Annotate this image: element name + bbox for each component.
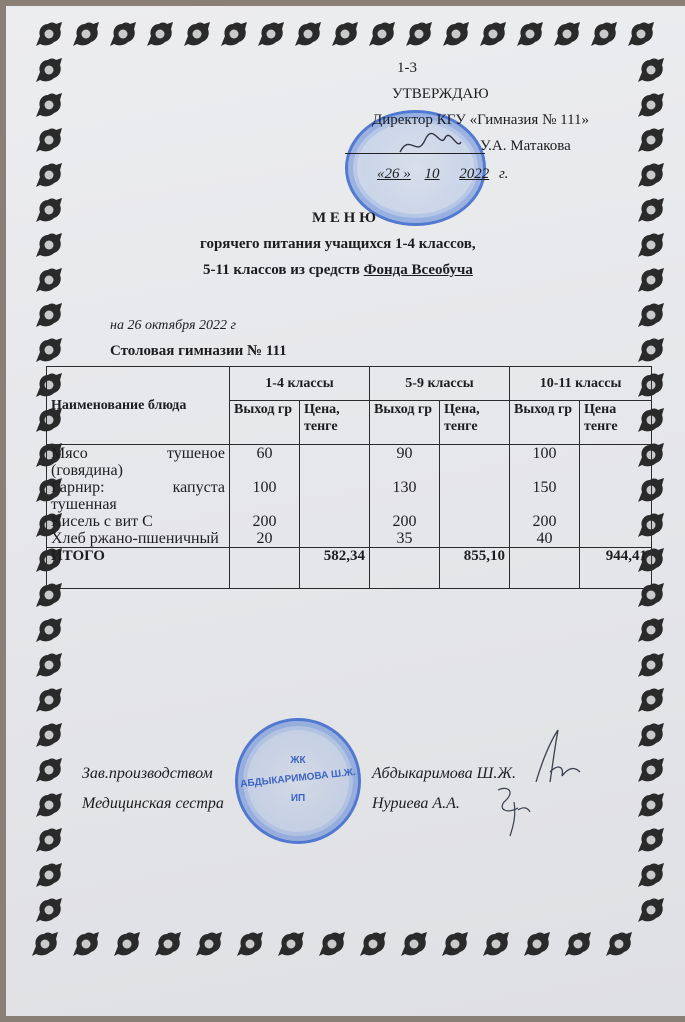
flower-ornament-icon bbox=[552, 20, 582, 48]
subtitle-prefix: 5-11 классов из средств bbox=[203, 262, 364, 278]
stamp-top-text: ЖК bbox=[238, 755, 358, 766]
flower-ornament-icon bbox=[636, 91, 666, 119]
dish-price bbox=[440, 530, 510, 548]
flower-ornament-icon bbox=[589, 20, 619, 48]
flower-ornament-icon bbox=[636, 896, 666, 924]
flower-ornament-icon bbox=[34, 861, 64, 889]
approval-heading: УТВЕРЖДАЮ bbox=[392, 86, 489, 103]
dish-price bbox=[440, 479, 510, 513]
flower-ornament-icon bbox=[636, 196, 666, 224]
flower-ornament-icon bbox=[636, 686, 666, 714]
date-year: 2022 bbox=[453, 166, 495, 182]
dish-yield: 150 bbox=[510, 479, 580, 513]
flower-ornament-icon bbox=[34, 56, 64, 84]
flower-ornament-icon bbox=[293, 20, 323, 48]
dish-yield: 100 bbox=[510, 445, 580, 480]
menu-subtitle-line1: горячего питания учащихся 1-4 классов, bbox=[200, 236, 476, 253]
dish-price bbox=[300, 530, 370, 548]
flower-ornament-icon bbox=[145, 20, 175, 48]
dish-yield: 90 bbox=[370, 445, 440, 480]
dish-row: Хлеб ржано-пшеничный203540 bbox=[47, 530, 652, 548]
flower-ornament-icon bbox=[481, 930, 511, 958]
price-header: Цена, тенге bbox=[300, 401, 370, 445]
dish-price bbox=[300, 513, 370, 530]
dish-price bbox=[440, 513, 510, 530]
price-header: Цена, тенге bbox=[440, 401, 510, 445]
total-10-11: 944,41 bbox=[580, 548, 652, 589]
flower-ornament-icon bbox=[34, 336, 64, 364]
dish-name: Кисель с вит С bbox=[47, 513, 230, 530]
flower-ornament-icon bbox=[522, 930, 552, 958]
signature-role-2: Медицинская сестра bbox=[82, 795, 224, 813]
dish-yield: 35 bbox=[370, 530, 440, 548]
flower-ornament-icon bbox=[30, 930, 60, 958]
dish-price bbox=[580, 479, 652, 513]
flower-ornament-icon bbox=[34, 616, 64, 644]
flower-ornament-icon bbox=[276, 930, 306, 958]
flower-ornament-icon bbox=[34, 791, 64, 819]
total-label: ИТОГО bbox=[47, 548, 230, 589]
page-number: 1-3 bbox=[397, 60, 417, 77]
flower-ornament-icon bbox=[636, 651, 666, 679]
menu-title: М Е Н Ю bbox=[312, 210, 376, 227]
flower-ornament-icon bbox=[34, 126, 64, 154]
flower-ornament-icon bbox=[626, 20, 656, 48]
stamp-bottom-text: ИП bbox=[238, 793, 358, 804]
flower-ornament-icon bbox=[636, 616, 666, 644]
flower-ornament-icon bbox=[34, 686, 64, 714]
flower-ornament-icon bbox=[478, 20, 508, 48]
dish-row: Гарнир: капуста тушенная100130150 bbox=[47, 479, 652, 513]
dish-price bbox=[440, 445, 510, 480]
group-header-5-9: 5-9 классы bbox=[370, 367, 510, 401]
director-name: У.А. Матакова bbox=[480, 138, 571, 155]
flower-ornament-icon bbox=[34, 266, 64, 294]
flower-ornament-icon bbox=[636, 231, 666, 259]
flower-ornament-icon bbox=[636, 826, 666, 854]
total-empty bbox=[370, 548, 440, 589]
menu-subtitle-line2: 5-11 классов из средств Фонда Всеобуча bbox=[203, 262, 473, 279]
dish-price bbox=[580, 513, 652, 530]
flower-ornament-icon bbox=[112, 930, 142, 958]
flower-ornament-icon bbox=[636, 791, 666, 819]
signature-role-1: Зав.производством bbox=[82, 765, 213, 783]
dish-header: Наименование блюда bbox=[47, 367, 230, 445]
dish-yield: 100 bbox=[230, 479, 300, 513]
group-header-1-4: 1-4 классы bbox=[230, 367, 370, 401]
total-5-9: 855,10 bbox=[440, 548, 510, 589]
flower-ornament-icon bbox=[367, 20, 397, 48]
menu-table: Наименование блюда 1-4 классы 5-9 классы… bbox=[46, 366, 652, 589]
flower-ornament-icon bbox=[34, 651, 64, 679]
dish-yield: 200 bbox=[510, 513, 580, 530]
flower-ornament-icon bbox=[636, 336, 666, 364]
dish-name: Хлеб ржано-пшеничный bbox=[47, 530, 230, 548]
flower-ornament-icon bbox=[330, 20, 360, 48]
dish-row: Кисель с вит С200200200 bbox=[47, 513, 652, 530]
flower-ornament-icon bbox=[235, 930, 265, 958]
flower-ornament-icon bbox=[636, 56, 666, 84]
flower-ornament-icon bbox=[441, 20, 471, 48]
flower-ornament-icon bbox=[636, 266, 666, 294]
flower-ornament-icon bbox=[219, 20, 249, 48]
price-header: Цена тенге bbox=[580, 401, 652, 445]
dish-price bbox=[580, 530, 652, 548]
flower-ornament-icon bbox=[440, 930, 470, 958]
flower-ornament-icon bbox=[317, 930, 347, 958]
total-row: ИТОГО 582,34 855,10 944,41 bbox=[47, 548, 652, 589]
dish-yield: 20 bbox=[230, 530, 300, 548]
flower-ornament-icon bbox=[194, 930, 224, 958]
yield-header: Выход гр bbox=[370, 401, 440, 445]
flower-ornament-icon bbox=[71, 20, 101, 48]
flower-ornament-icon bbox=[256, 20, 286, 48]
approval-date: «26 » 10 2022 г. bbox=[377, 166, 508, 183]
dish-yield: 200 bbox=[230, 513, 300, 530]
flower-ornament-icon bbox=[34, 231, 64, 259]
flower-ornament-icon bbox=[34, 756, 64, 784]
dish-name: Гарнир: капуста тушенная bbox=[47, 479, 230, 513]
dish-yield: 200 bbox=[370, 513, 440, 530]
group-header-10-11: 10-11 классы bbox=[510, 367, 652, 401]
flower-ornament-icon bbox=[34, 896, 64, 924]
flower-ornament-icon bbox=[108, 20, 138, 48]
date-day: «26 » bbox=[377, 166, 411, 182]
flower-ornament-icon bbox=[399, 930, 429, 958]
flower-ornament-icon bbox=[34, 161, 64, 189]
nurse-signature-icon bbox=[488, 780, 538, 840]
flower-ornament-icon bbox=[358, 930, 388, 958]
flower-ornament-icon bbox=[636, 721, 666, 749]
flower-ornament-icon bbox=[636, 161, 666, 189]
stamp-middle-text: АБДЫКАРИМОВА Ш.Ж. bbox=[238, 767, 358, 790]
date-month: 10 bbox=[415, 166, 450, 182]
flower-ornament-icon bbox=[636, 126, 666, 154]
total-empty bbox=[510, 548, 580, 589]
dish-price bbox=[300, 479, 370, 513]
dish-price bbox=[580, 445, 652, 480]
flower-ornament-icon bbox=[34, 721, 64, 749]
flower-ornament-icon bbox=[153, 930, 183, 958]
total-empty bbox=[230, 548, 300, 589]
total-1-4: 582,34 bbox=[300, 548, 370, 589]
flower-ornament-icon bbox=[636, 301, 666, 329]
approval-position: Директор КГУ «Гимназия № 111» bbox=[372, 112, 589, 129]
flower-ornament-icon bbox=[34, 826, 64, 854]
yield-header: Выход гр bbox=[510, 401, 580, 445]
director-signature-icon bbox=[395, 128, 465, 158]
date-suffix: г. bbox=[499, 166, 508, 182]
dish-yield: 130 bbox=[370, 479, 440, 513]
flower-ornament-icon bbox=[515, 20, 545, 48]
flower-ornament-icon bbox=[34, 91, 64, 119]
menu-date: на 26 октября 2022 г bbox=[110, 318, 236, 334]
flower-ornament-icon bbox=[604, 930, 634, 958]
flower-ornament-icon bbox=[34, 20, 64, 48]
fund-name: Фонда Всеобуча bbox=[364, 262, 473, 278]
yield-header: Выход гр bbox=[230, 401, 300, 445]
canteen-name: Столовая гимназии № 111 bbox=[110, 343, 287, 360]
flower-ornament-icon bbox=[636, 756, 666, 784]
signature-name-2: Нуриева А.А. bbox=[372, 795, 460, 813]
flower-ornament-icon bbox=[34, 196, 64, 224]
flower-ornament-icon bbox=[636, 861, 666, 889]
dish-price bbox=[300, 445, 370, 480]
flower-ornament-icon bbox=[182, 20, 212, 48]
flower-ornament-icon bbox=[404, 20, 434, 48]
dish-yield: 60 bbox=[230, 445, 300, 480]
dish-name: Мясо тушеное (говядина) bbox=[47, 445, 230, 480]
flower-ornament-icon bbox=[34, 301, 64, 329]
dish-body: Мясо тушеное (говядина)6090100Гарнир: ка… bbox=[47, 445, 652, 548]
flower-ornament-icon bbox=[563, 930, 593, 958]
flower-ornament-icon bbox=[71, 930, 101, 958]
dish-yield: 40 bbox=[510, 530, 580, 548]
dish-row: Мясо тушеное (говядина)6090100 bbox=[47, 445, 652, 480]
ip-round-stamp: ЖК АБДЫКАРИМОВА Ш.Ж. ИП bbox=[235, 718, 361, 844]
